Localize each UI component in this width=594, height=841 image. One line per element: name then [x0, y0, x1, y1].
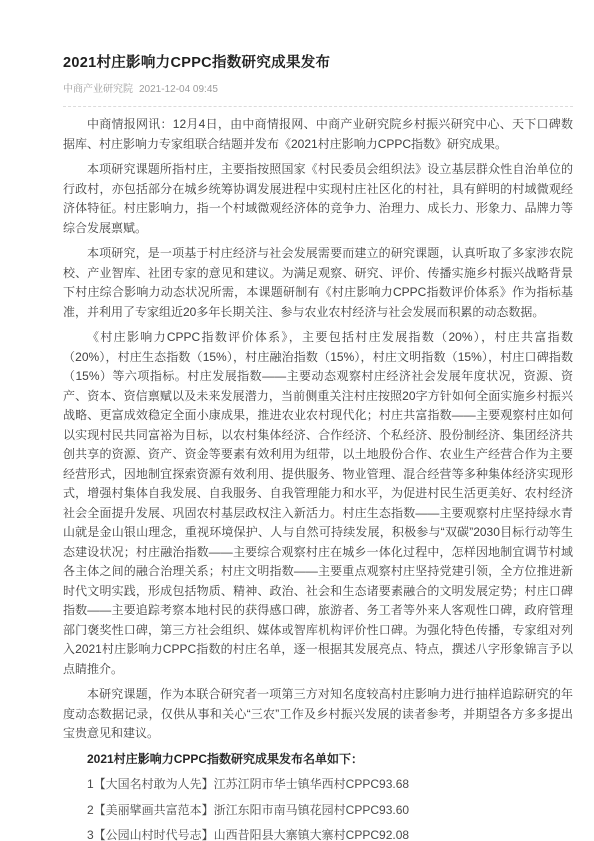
paragraph-definition: 本项研究课题所指村庄，主要指按照国家《村民委员会组织法》设立基层群众性自治单位的… — [63, 160, 573, 238]
ranking-list-heading: 2021村庄影响力CPPC指数研究成果发布名单如下： — [63, 750, 573, 770]
article-title: 2021村庄影响力CPPC指数研究成果发布 — [63, 52, 573, 74]
article-source: 中商产业研究院 — [63, 84, 133, 95]
byline-divider — [63, 106, 573, 107]
paragraph-methodology: 本项研究，是一项基于村庄经济与社会发展需要而建立的研究课题，认真听取了多家涉农院… — [63, 244, 573, 322]
paragraph-disclaimer: 本研究课题，作为本联合研究者一项第三方对知名度较高村庄影响力进行抽样追踪研究的年… — [63, 685, 573, 744]
article-page: 2021村庄影响力CPPC指数研究成果发布 中商产业研究院2021-12-04 … — [0, 0, 594, 841]
ranking-item-1: 1【大国名村敢为人先】江苏江阴市华士镇华西村CPPC93.68 — [63, 775, 573, 795]
article-datetime: 2021-12-04 09:45 — [139, 84, 218, 95]
article-byline: 中商产业研究院2021-12-04 09:45 — [63, 83, 573, 97]
paragraph-index-system: 《村庄影响力CPPC指数评价体系》，主要包括村庄发展指数（20%），村庄共富指数… — [63, 328, 573, 679]
ranking-item-3: 3【公园山村时代号志】山西昔阳县大寨镇大寨村CPPC92.08 — [63, 826, 573, 841]
ranking-item-2: 2【美丽擘画共富范本】浙江东阳市南马镇花园村CPPC93.60 — [63, 801, 573, 821]
paragraph-intro: 中商情报网讯：12月4日，由中商情报网、中商产业研究院乡村振兴研究中心、天下口碑… — [63, 115, 573, 154]
article-body: 中商情报网讯：12月4日，由中商情报网、中商产业研究院乡村振兴研究中心、天下口碑… — [63, 115, 573, 841]
